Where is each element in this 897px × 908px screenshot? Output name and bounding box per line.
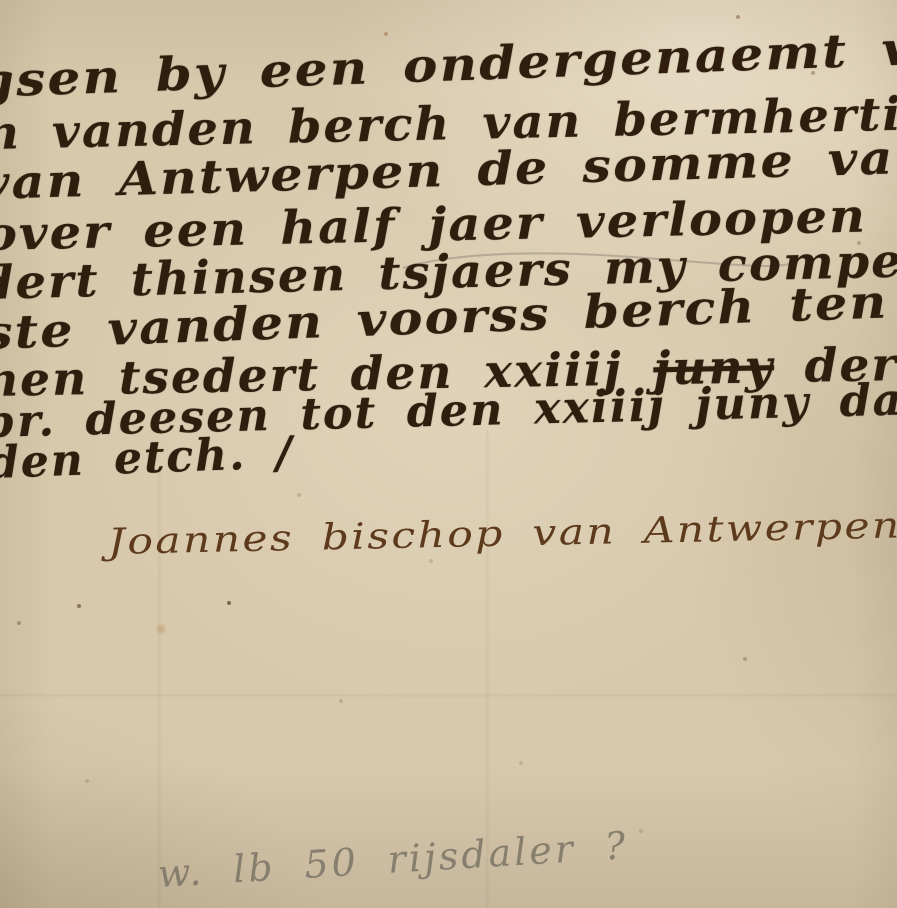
paper-specks xyxy=(0,0,2,2)
line-text: den etch. / xyxy=(0,427,295,489)
manuscript-line: den etch. / xyxy=(0,427,295,489)
